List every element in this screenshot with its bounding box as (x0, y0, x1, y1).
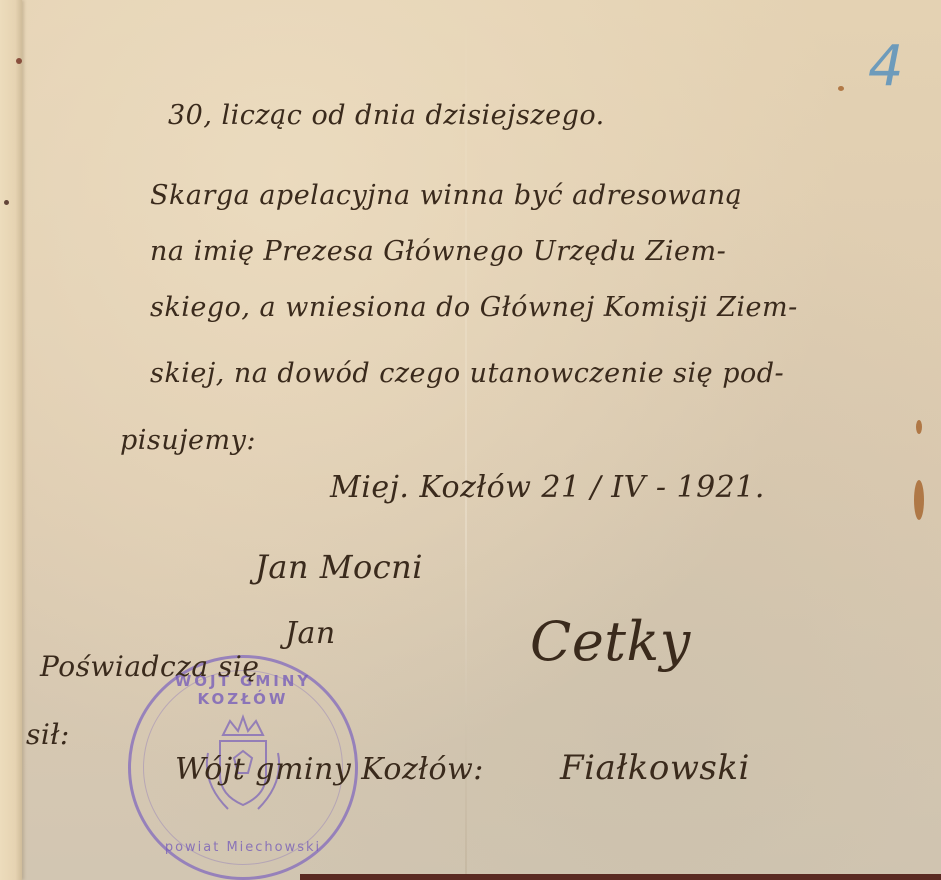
archive-number-mark: 4 (868, 34, 904, 99)
rust-stain (916, 420, 922, 434)
signature: Jan Mocni (255, 548, 423, 586)
paper-crease (465, 0, 467, 880)
rust-stain (914, 480, 924, 520)
text-line: Skarga apelacyjna winna być adresowaną (150, 180, 742, 211)
official-signature: Fiałkowski (560, 748, 750, 788)
place-and-date: Miej. Kozłów 21 / IV - 1921. (330, 470, 765, 505)
pin-hole (16, 58, 22, 64)
official-title: Wójt gminy Kozłów: (175, 752, 484, 787)
pin-hole (4, 200, 9, 205)
text-line: skiej, na dowód czego utanowczenie się p… (150, 358, 784, 389)
binding-margin (0, 0, 22, 880)
document-page: 4 30, licząc od dnia dzisiejszego. Skarg… (0, 0, 941, 880)
stamp-bottom-text: powiat Miechowski (131, 840, 355, 855)
page-bottom-edge (300, 874, 941, 880)
signature: Cetky (530, 610, 691, 673)
text-line: na imię Prezesa Głównego Urzędu Ziem- (150, 236, 726, 267)
text-line: 30, licząc od dnia dzisiejszego. (168, 100, 605, 131)
text-line: skiego, a wniesiona do Głównej Komisji Z… (150, 292, 798, 323)
certification-label-cont: sił: (26, 718, 70, 751)
rust-stain (838, 86, 844, 91)
certification-label: Poświadcza się (40, 650, 259, 683)
text-line: pisujemy: (120, 425, 256, 456)
signature: Jan (285, 616, 336, 651)
